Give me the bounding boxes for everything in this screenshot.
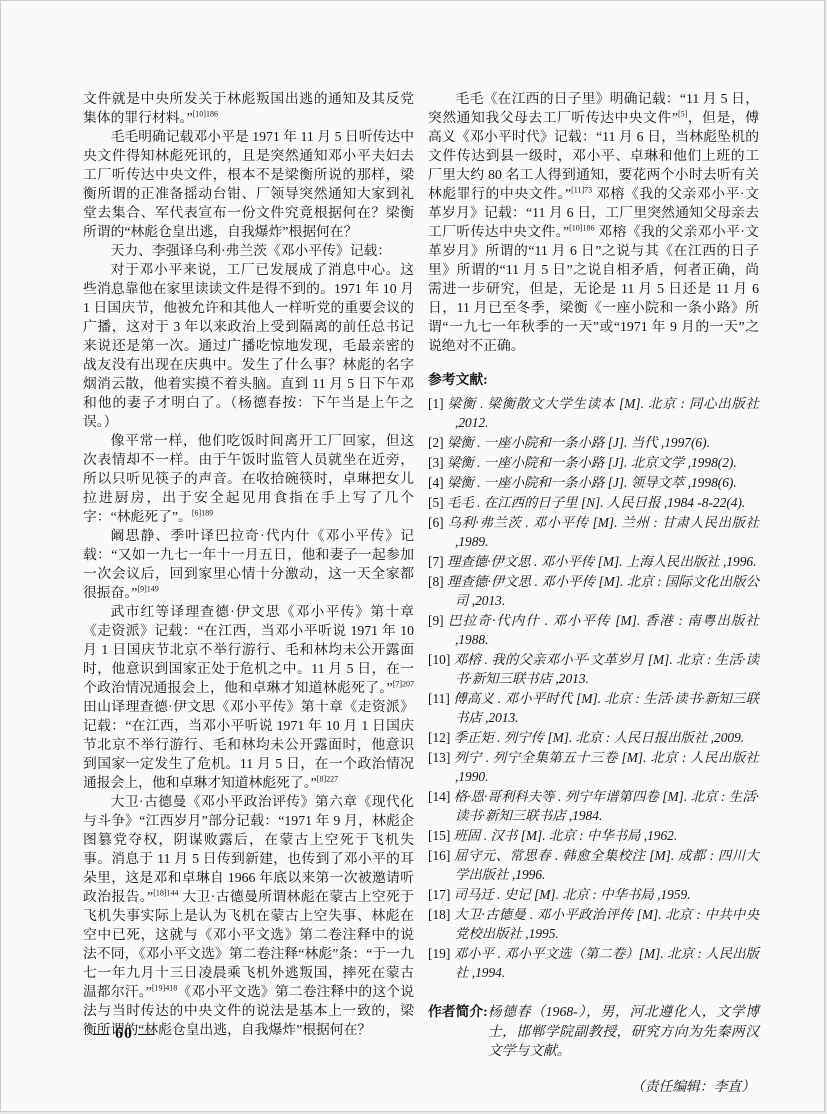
paragraph: 阚思静、季叶译巴拉奇·代内什《邓小平传》记载：“又如一九七一年十一月五日，他和妻… bbox=[83, 526, 414, 602]
reference-label: [17] bbox=[428, 887, 450, 902]
reference-label: [16] bbox=[428, 848, 450, 863]
left-column: 文件就是中央所发关于林彪叛国出逃的通知及其反党集体的罪行材料。”[10]186毛… bbox=[83, 89, 414, 1096]
reference-label: [15] bbox=[428, 828, 450, 843]
paragraph: 文件就是中央所发关于林彪叛国出逃的通知及其反党集体的罪行材料。”[10]186 bbox=[83, 89, 414, 127]
paragraph: 毛毛明确记载邓小平是 1971 年 11 月 5 日听传达中央文件得知林彪死讯的… bbox=[83, 127, 414, 241]
citation-superscript: [18]144 bbox=[153, 888, 178, 897]
reference-item: [9] 巴拉奇·代内什 . 邓小平传 [M]. 香港 : 南粤出版社 ,1988… bbox=[428, 611, 759, 649]
citation-superscript: [10]186 bbox=[569, 223, 594, 232]
references-list: [1] 梁衡 . 梁衡散文大学生读本 [M]. 北京 : 同心出版社 ,2012… bbox=[428, 394, 759, 982]
reference-item: [12] 季正矩 . 列宁传 [M]. 北京 : 人民日报出版社 ,2009. bbox=[428, 728, 759, 747]
reference-label: [2] bbox=[428, 435, 444, 450]
page: 文件就是中央所发关于林彪叛国出逃的通知及其反党集体的罪行材料。”[10]186毛… bbox=[0, 0, 825, 1112]
content-columns: 文件就是中央所发关于林彪叛国出逃的通知及其反党集体的罪行材料。”[10]186毛… bbox=[83, 89, 759, 1096]
paragraph: 大卫·古德曼《邓小平政治评传》第六章《现代化与斗争》“江西岁月”部分记载：“19… bbox=[83, 792, 414, 1039]
citation-superscript: [9]149 bbox=[137, 584, 158, 593]
reference-item: [7] 理查德·伊文思 . 邓小平传 [M]. 上海人民出版社 ,1996. bbox=[428, 552, 759, 571]
reference-label: [19] bbox=[428, 946, 450, 961]
references-heading: 参考文献: bbox=[428, 370, 759, 389]
reference-item: [19] 邓小平 . 邓小平文选（第二卷）[M]. 北京 : 人民出版社 ,19… bbox=[428, 944, 759, 982]
reference-label: [8] bbox=[428, 574, 444, 589]
citation-superscript: [7]207 bbox=[393, 679, 414, 688]
reference-label: [4] bbox=[428, 475, 444, 490]
paragraph: 天力、李强译乌利·弗兰茨《邓小平传》记载： bbox=[83, 241, 414, 260]
reference-item: [10] 邓榕 . 我的父亲邓小平·文革岁月 [M]. 北京 : 生活·读书·新… bbox=[428, 650, 759, 688]
reference-label: [3] bbox=[428, 455, 444, 470]
reference-item: [15] 班固 . 汉书 [M]. 北京 : 中华书局 ,1962. bbox=[428, 826, 759, 845]
citation-superscript: [10]186 bbox=[193, 109, 218, 118]
reference-item: [4] 梁衡 . 一座小院和一条小路 [J]. 领导文萃 ,1998(6). bbox=[428, 473, 759, 492]
reference-label: [9] bbox=[428, 613, 444, 628]
author-bio-label: 作者简介: bbox=[428, 1002, 488, 1061]
reference-label: [14] bbox=[428, 789, 450, 804]
citation-superscript: [19]418 bbox=[152, 983, 177, 992]
reference-item: [16] 屈守元、常思春 . 韩愈全集校注 [M]. 成都 : 四川大学出版社 … bbox=[428, 846, 759, 884]
page-number: — 60 — bbox=[93, 1025, 155, 1043]
editor-note: （责任编辑：李直） bbox=[428, 1077, 759, 1096]
citation-superscript: [6]189 bbox=[192, 508, 213, 517]
reference-item: [8] 理查德·伊文思 . 邓小平传 [M]. 北京 : 国际文化出版公司 ,2… bbox=[428, 572, 759, 610]
reference-label: [1] bbox=[428, 396, 444, 411]
reference-label: [18] bbox=[428, 907, 450, 922]
paragraph: 武市红等译理查德·伊文思《邓小平传》第十章《走资派》记载：“在江西，当邓小平听说… bbox=[83, 602, 414, 792]
reference-label: [10] bbox=[428, 652, 450, 667]
paragraph: 毛毛《在江西的日子里》明确记载：“11 月 5 日，突然通知我父母去工厂听传达中… bbox=[428, 89, 759, 355]
reference-item: [3] 梁衡 . 一座小院和一条小路 [J]. 北京文学 ,1998(2). bbox=[428, 453, 759, 472]
reference-item: [2] 梁衡 . 一座小院和一条小路 [J]. 当代 ,1997(6). bbox=[428, 433, 759, 452]
reference-label: [13] bbox=[428, 750, 450, 765]
reference-label: [5] bbox=[428, 495, 444, 510]
reference-label: [11] bbox=[428, 691, 450, 706]
author-bio-text: 杨德春（1968-），男，河北遵化人，文学博士，邯郸学院副教授，研究方向为先秦两… bbox=[488, 1002, 759, 1061]
reference-item: [6] 乌利·弗兰茨 . 邓小平传 [M]. 兰州 : 甘肃人民出版社 ,198… bbox=[428, 513, 759, 551]
reference-item: [1] 梁衡 . 梁衡散文大学生读本 [M]. 北京 : 同心出版社 ,2012… bbox=[428, 394, 759, 432]
reference-item: [5] 毛毛 . 在江西的日子里 [N]. 人民日报 ,1984 -8-22(4… bbox=[428, 493, 759, 512]
reference-label: [12] bbox=[428, 730, 450, 745]
reference-item: [17] 司马迁 . 史记 [M]. 北京 : 中华书局 ,1959. bbox=[428, 885, 759, 904]
paragraph: 对于邓小平来说，工厂已发展成了消息中心。这些消息靠他在家里读读文件是得不到的。1… bbox=[83, 260, 414, 431]
reference-label: [6] bbox=[428, 515, 444, 530]
reference-item: [11] 傅高义 . 邓小平时代 [M]. 北京 : 生活·读书·新知三联书店 … bbox=[428, 689, 759, 727]
reference-item: [14] 格·恩·哥利科夫等 . 列宁年谱第四卷 [M]. 北京 : 生活·读书… bbox=[428, 787, 759, 825]
citation-superscript: [11]73 bbox=[571, 185, 592, 194]
author-bio: 作者简介: 杨德春（1968-），男，河北遵化人，文学博士，邯郸学院副教授，研究… bbox=[428, 1002, 759, 1061]
right-column-text: 毛毛《在江西的日子里》明确记载：“11 月 5 日，突然通知我父母去工厂听传达中… bbox=[428, 89, 759, 355]
citation-superscript: [8]227 bbox=[317, 774, 338, 783]
paragraph: 像平常一样，他们吃饭时间离开工厂回家，但这次表情却不一样。由于午饭时监管人员就坐… bbox=[83, 431, 414, 526]
reference-item: [18] 大卫·古德曼 . 邓小平政治评传 [M]. 北京 : 中共中央党校出版… bbox=[428, 905, 759, 943]
reference-item: [13] 列宁 . 列宁全集第五十三卷 [M]. 北京 : 人民出版社 ,199… bbox=[428, 748, 759, 786]
citation-superscript: [5] bbox=[678, 109, 687, 118]
right-column: 毛毛《在江西的日子里》明确记载：“11 月 5 日，突然通知我父母去工厂听传达中… bbox=[428, 89, 759, 1096]
reference-label: [7] bbox=[428, 554, 444, 569]
